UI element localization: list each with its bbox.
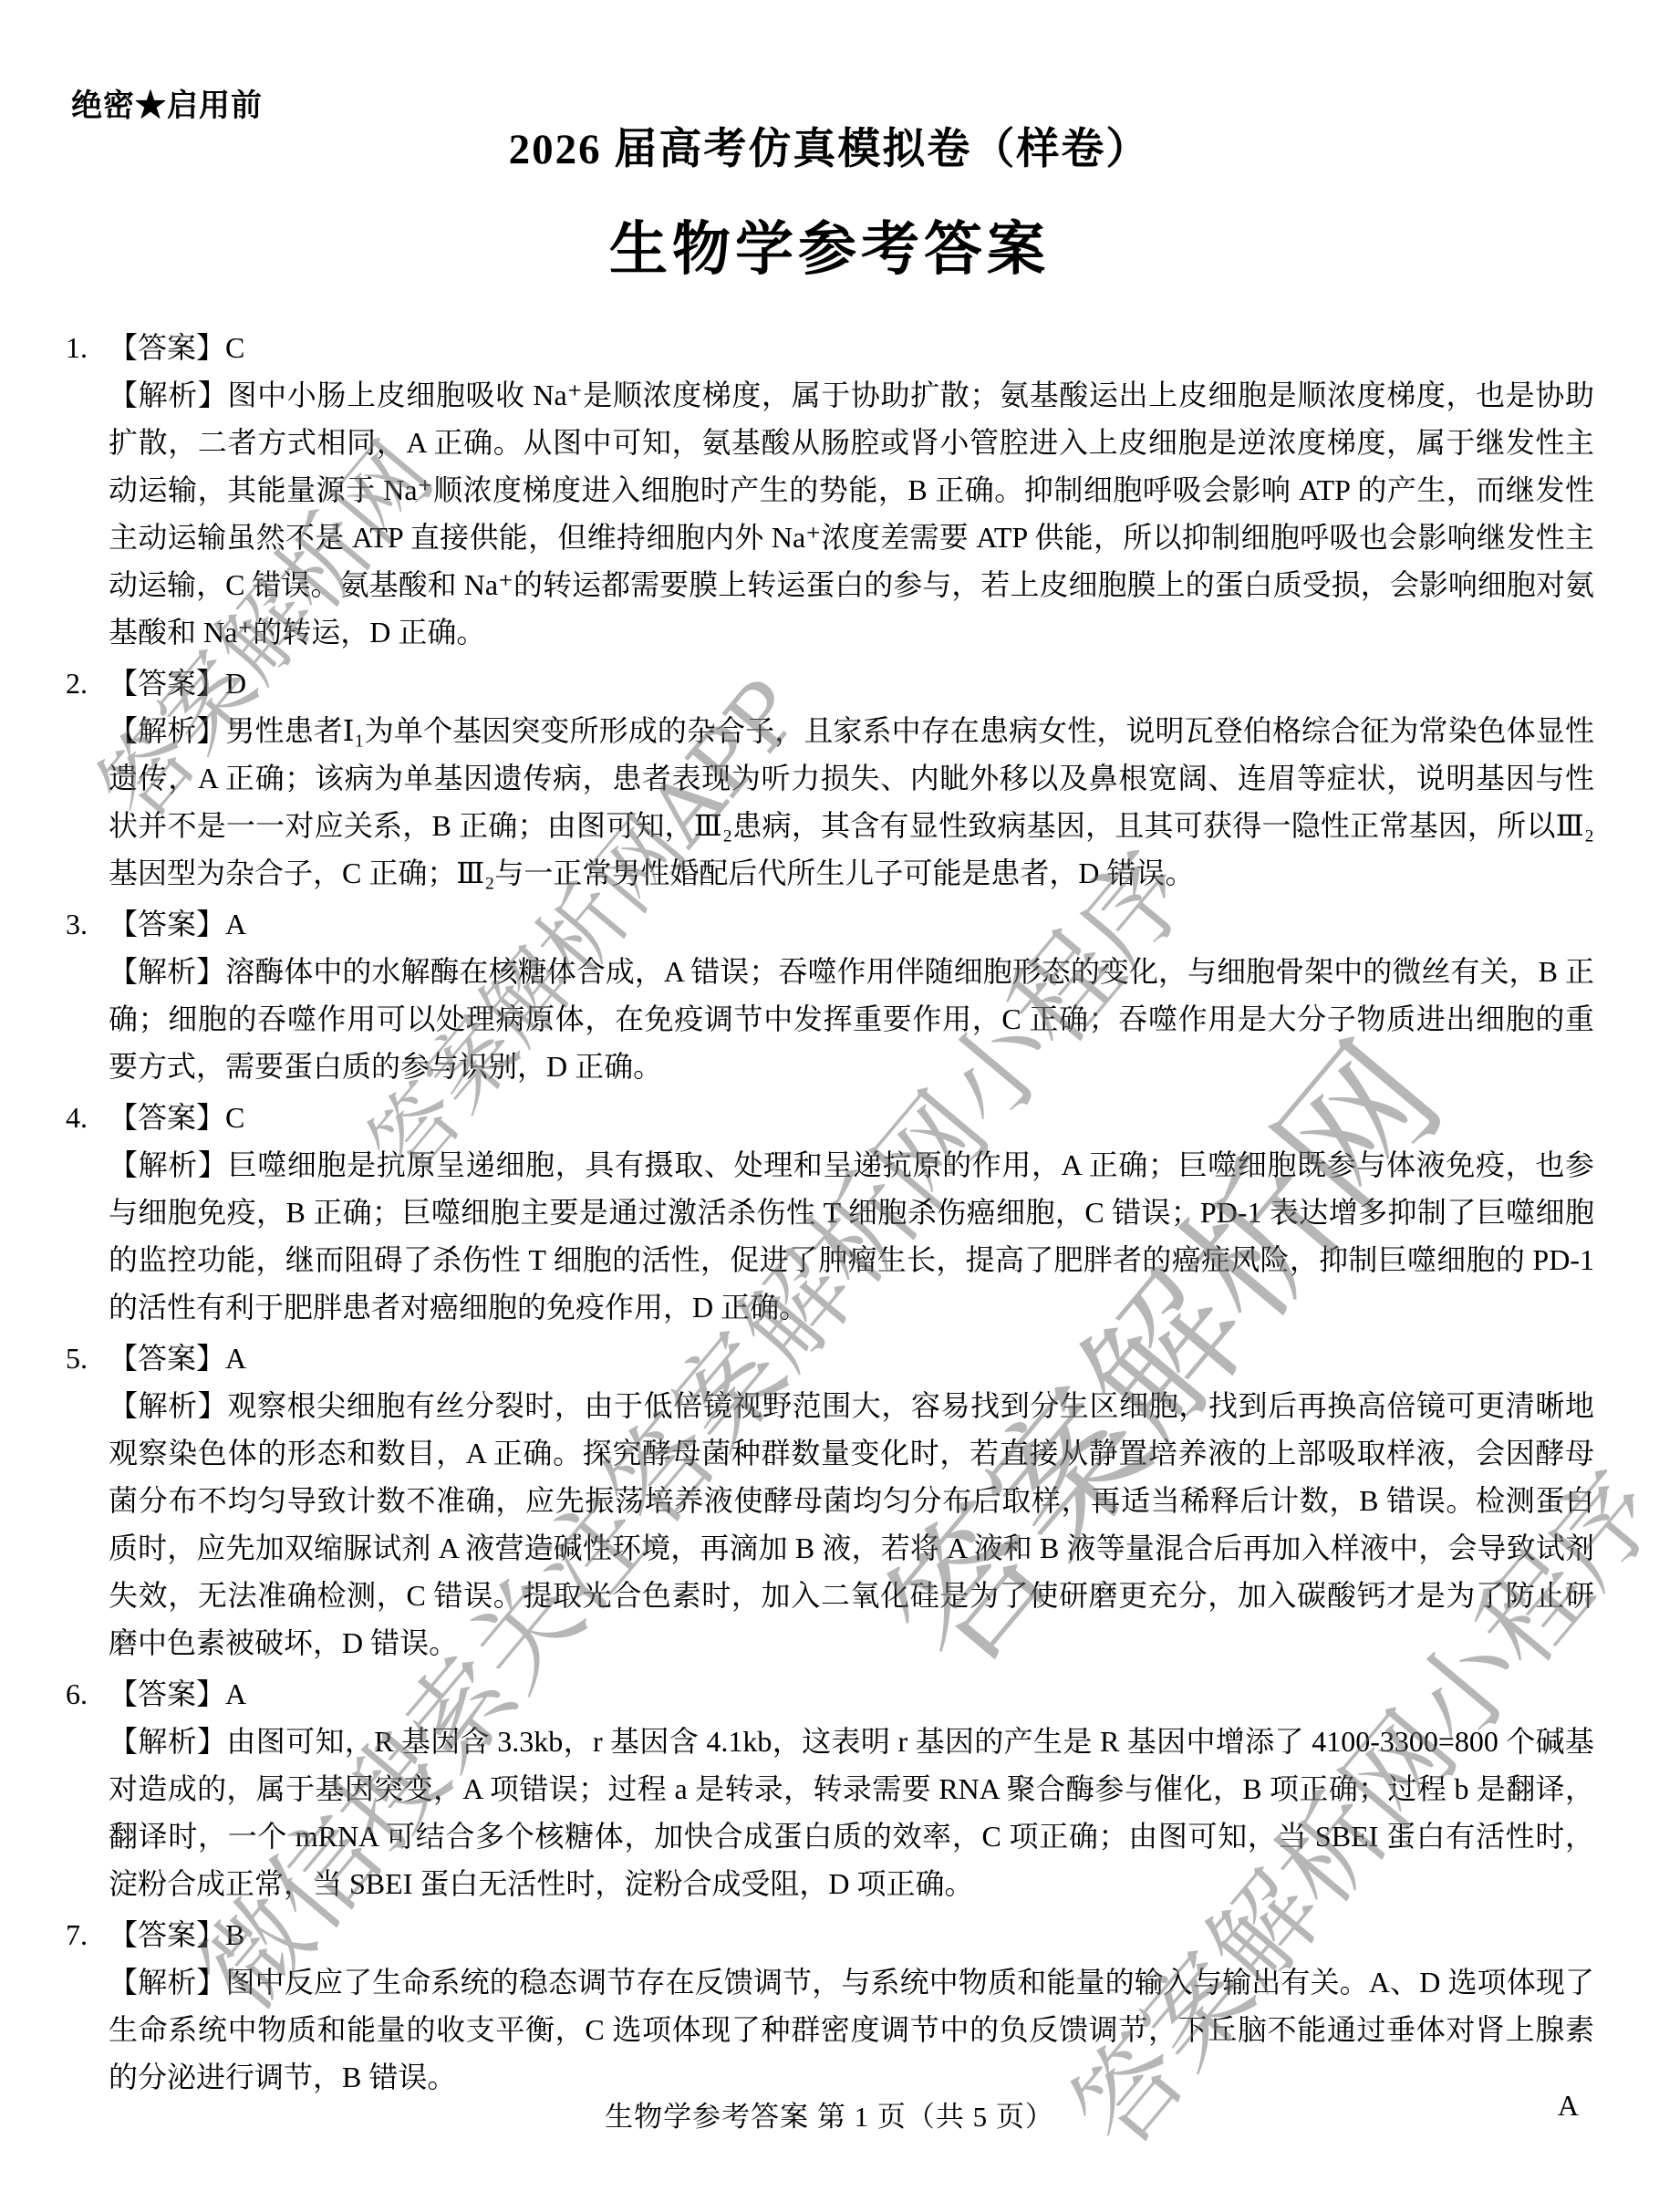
explanation-text: 图中小肠上皮细胞吸收 Na⁺是顺浓度梯度，属于协助扩散；氨基酸运出上皮细胞是顺浓…	[109, 379, 1594, 649]
page-subtitle: 生物学参考答案	[0, 203, 1659, 286]
question-number: 6.	[66, 1670, 88, 1718]
explanation-label: 【解析】	[109, 1389, 227, 1422]
explanation-text: 观察根尖细胞有丝分裂时，由于低倍镜视野范围大，容易找到分生区细胞，找到后再换高倍…	[109, 1389, 1594, 1659]
answer-line: 【答案】B	[109, 1911, 1594, 1958]
question-number: 1.	[66, 324, 88, 371]
answer-value: C	[225, 1101, 244, 1134]
explanation: 【解析】图中反应了生命系统的稳态调节存在反馈调节，与系统中物质和能量的输入与输出…	[109, 1958, 1594, 2101]
explanation-label: 【解析】	[109, 1966, 226, 1999]
explanation-label: 【解析】	[109, 955, 225, 988]
question-item-7: 7. 【答案】B 【解析】图中反应了生命系统的稳态调节存在反馈调节，与系统中物质…	[66, 1911, 1594, 2101]
answer-value: A	[225, 1342, 246, 1375]
answer-line: 【答案】C	[109, 324, 1594, 371]
answer-value: C	[225, 331, 244, 364]
answers-list: 1. 【答案】C 【解析】图中小肠上皮细胞吸收 Na⁺是顺浓度梯度，属于协助扩散…	[66, 324, 1594, 2104]
question-item-6: 6. 【答案】A 【解析】由图可知，R 基因含 3.3kb，r 基因含 4.1k…	[66, 1670, 1594, 1907]
explanation-label: 【解析】	[109, 379, 228, 411]
explanation-label: 【解析】	[109, 1148, 228, 1181]
page-footer-label: 生物学参考答案 第 1 页（共 5 页）	[0, 2093, 1659, 2134]
version-mark: A	[1558, 2089, 1579, 2123]
answer-value: D	[225, 667, 246, 700]
answer-label: 【答案】	[109, 1677, 225, 1710]
explanation-text: 由图可知，R 基因含 3.3kb，r 基因含 4.1kb，这表明 r 基因的产生…	[109, 1725, 1594, 1900]
answer-label: 【答案】	[109, 667, 225, 700]
answer-label: 【答案】	[109, 1342, 225, 1375]
question-item-1: 1. 【答案】C 【解析】图中小肠上皮细胞吸收 Na⁺是顺浓度梯度，属于协助扩散…	[66, 324, 1594, 656]
question-number: 3.	[66, 900, 88, 948]
document-page: 绝密★启用前 2026 届高考仿真模拟卷（样卷） 生物学参考答案 1. 【答案】…	[0, 0, 1659, 2212]
question-item-2: 2. 【答案】D 【解析】男性患者Ⅰ₁为单个基因突变所形成的杂合子，且家系中存在…	[66, 659, 1594, 897]
explanation: 【解析】由图可知，R 基因含 3.3kb，r 基因含 4.1kb，这表明 r 基…	[109, 1718, 1594, 1907]
explanation: 【解析】溶酶体中的水解酶在核糖体合成，A 错误；吞噬作用伴随细胞形态的变化，与细…	[109, 948, 1594, 1090]
page-title: 2026 届高考仿真模拟卷（样卷）	[0, 115, 1659, 176]
answer-label: 【答案】	[109, 1918, 225, 1951]
question-number: 5.	[66, 1334, 88, 1382]
explanation: 【解析】男性患者Ⅰ₁为单个基因突变所形成的杂合子，且家系中存在患病女性，说明瓦登…	[109, 707, 1594, 897]
explanation-label: 【解析】	[109, 1725, 226, 1758]
answer-line: 【答案】C	[109, 1094, 1594, 1141]
answer-label: 【答案】	[109, 1101, 225, 1134]
explanation-text: 溶酶体中的水解酶在核糖体合成，A 错误；吞噬作用伴随细胞形态的变化，与细胞骨架中…	[109, 955, 1594, 1083]
answer-line: 【答案】A	[109, 1670, 1594, 1718]
answer-line: 【答案】D	[109, 659, 1594, 707]
question-item-3: 3. 【答案】A 【解析】溶酶体中的水解酶在核糖体合成，A 错误；吞噬作用伴随细…	[66, 900, 1594, 1090]
explanation-label: 【解析】	[109, 714, 225, 747]
explanation: 【解析】图中小肠上皮细胞吸收 Na⁺是顺浓度梯度，属于协助扩散；氨基酸运出上皮细…	[109, 371, 1594, 656]
answer-label: 【答案】	[109, 331, 225, 364]
answer-line: 【答案】A	[109, 900, 1594, 948]
question-number: 4.	[66, 1094, 88, 1141]
question-number: 2.	[66, 659, 88, 707]
explanation: 【解析】巨噬细胞是抗原呈递细胞，具有摄取、处理和呈递抗原的作用，A 正确；巨噬细…	[109, 1141, 1594, 1331]
answer-label: 【答案】	[109, 908, 225, 940]
question-item-5: 5. 【答案】A 【解析】观察根尖细胞有丝分裂时，由于低倍镜视野范围大，容易找到…	[66, 1334, 1594, 1667]
question-number: 7.	[66, 1911, 88, 1958]
explanation-text: 图中反应了生命系统的稳态调节存在反馈调节，与系统中物质和能量的输入与输出有关。A…	[109, 1966, 1594, 2093]
answer-line: 【答案】A	[109, 1334, 1594, 1382]
answer-value: A	[225, 1677, 246, 1710]
explanation-text: 巨噬细胞是抗原呈递细胞，具有摄取、处理和呈递抗原的作用，A 正确；巨噬细胞既参与…	[109, 1148, 1594, 1324]
explanation: 【解析】观察根尖细胞有丝分裂时，由于低倍镜视野范围大，容易找到分生区细胞，找到后…	[109, 1382, 1594, 1667]
answer-value: A	[225, 908, 246, 940]
answer-value: B	[225, 1918, 244, 1951]
question-item-4: 4. 【答案】C 【解析】巨噬细胞是抗原呈递细胞，具有摄取、处理和呈递抗原的作用…	[66, 1094, 1594, 1331]
explanation-text: 男性患者Ⅰ₁为单个基因突变所形成的杂合子，且家系中存在患病女性，说明瓦登伯格综合…	[109, 714, 1594, 889]
